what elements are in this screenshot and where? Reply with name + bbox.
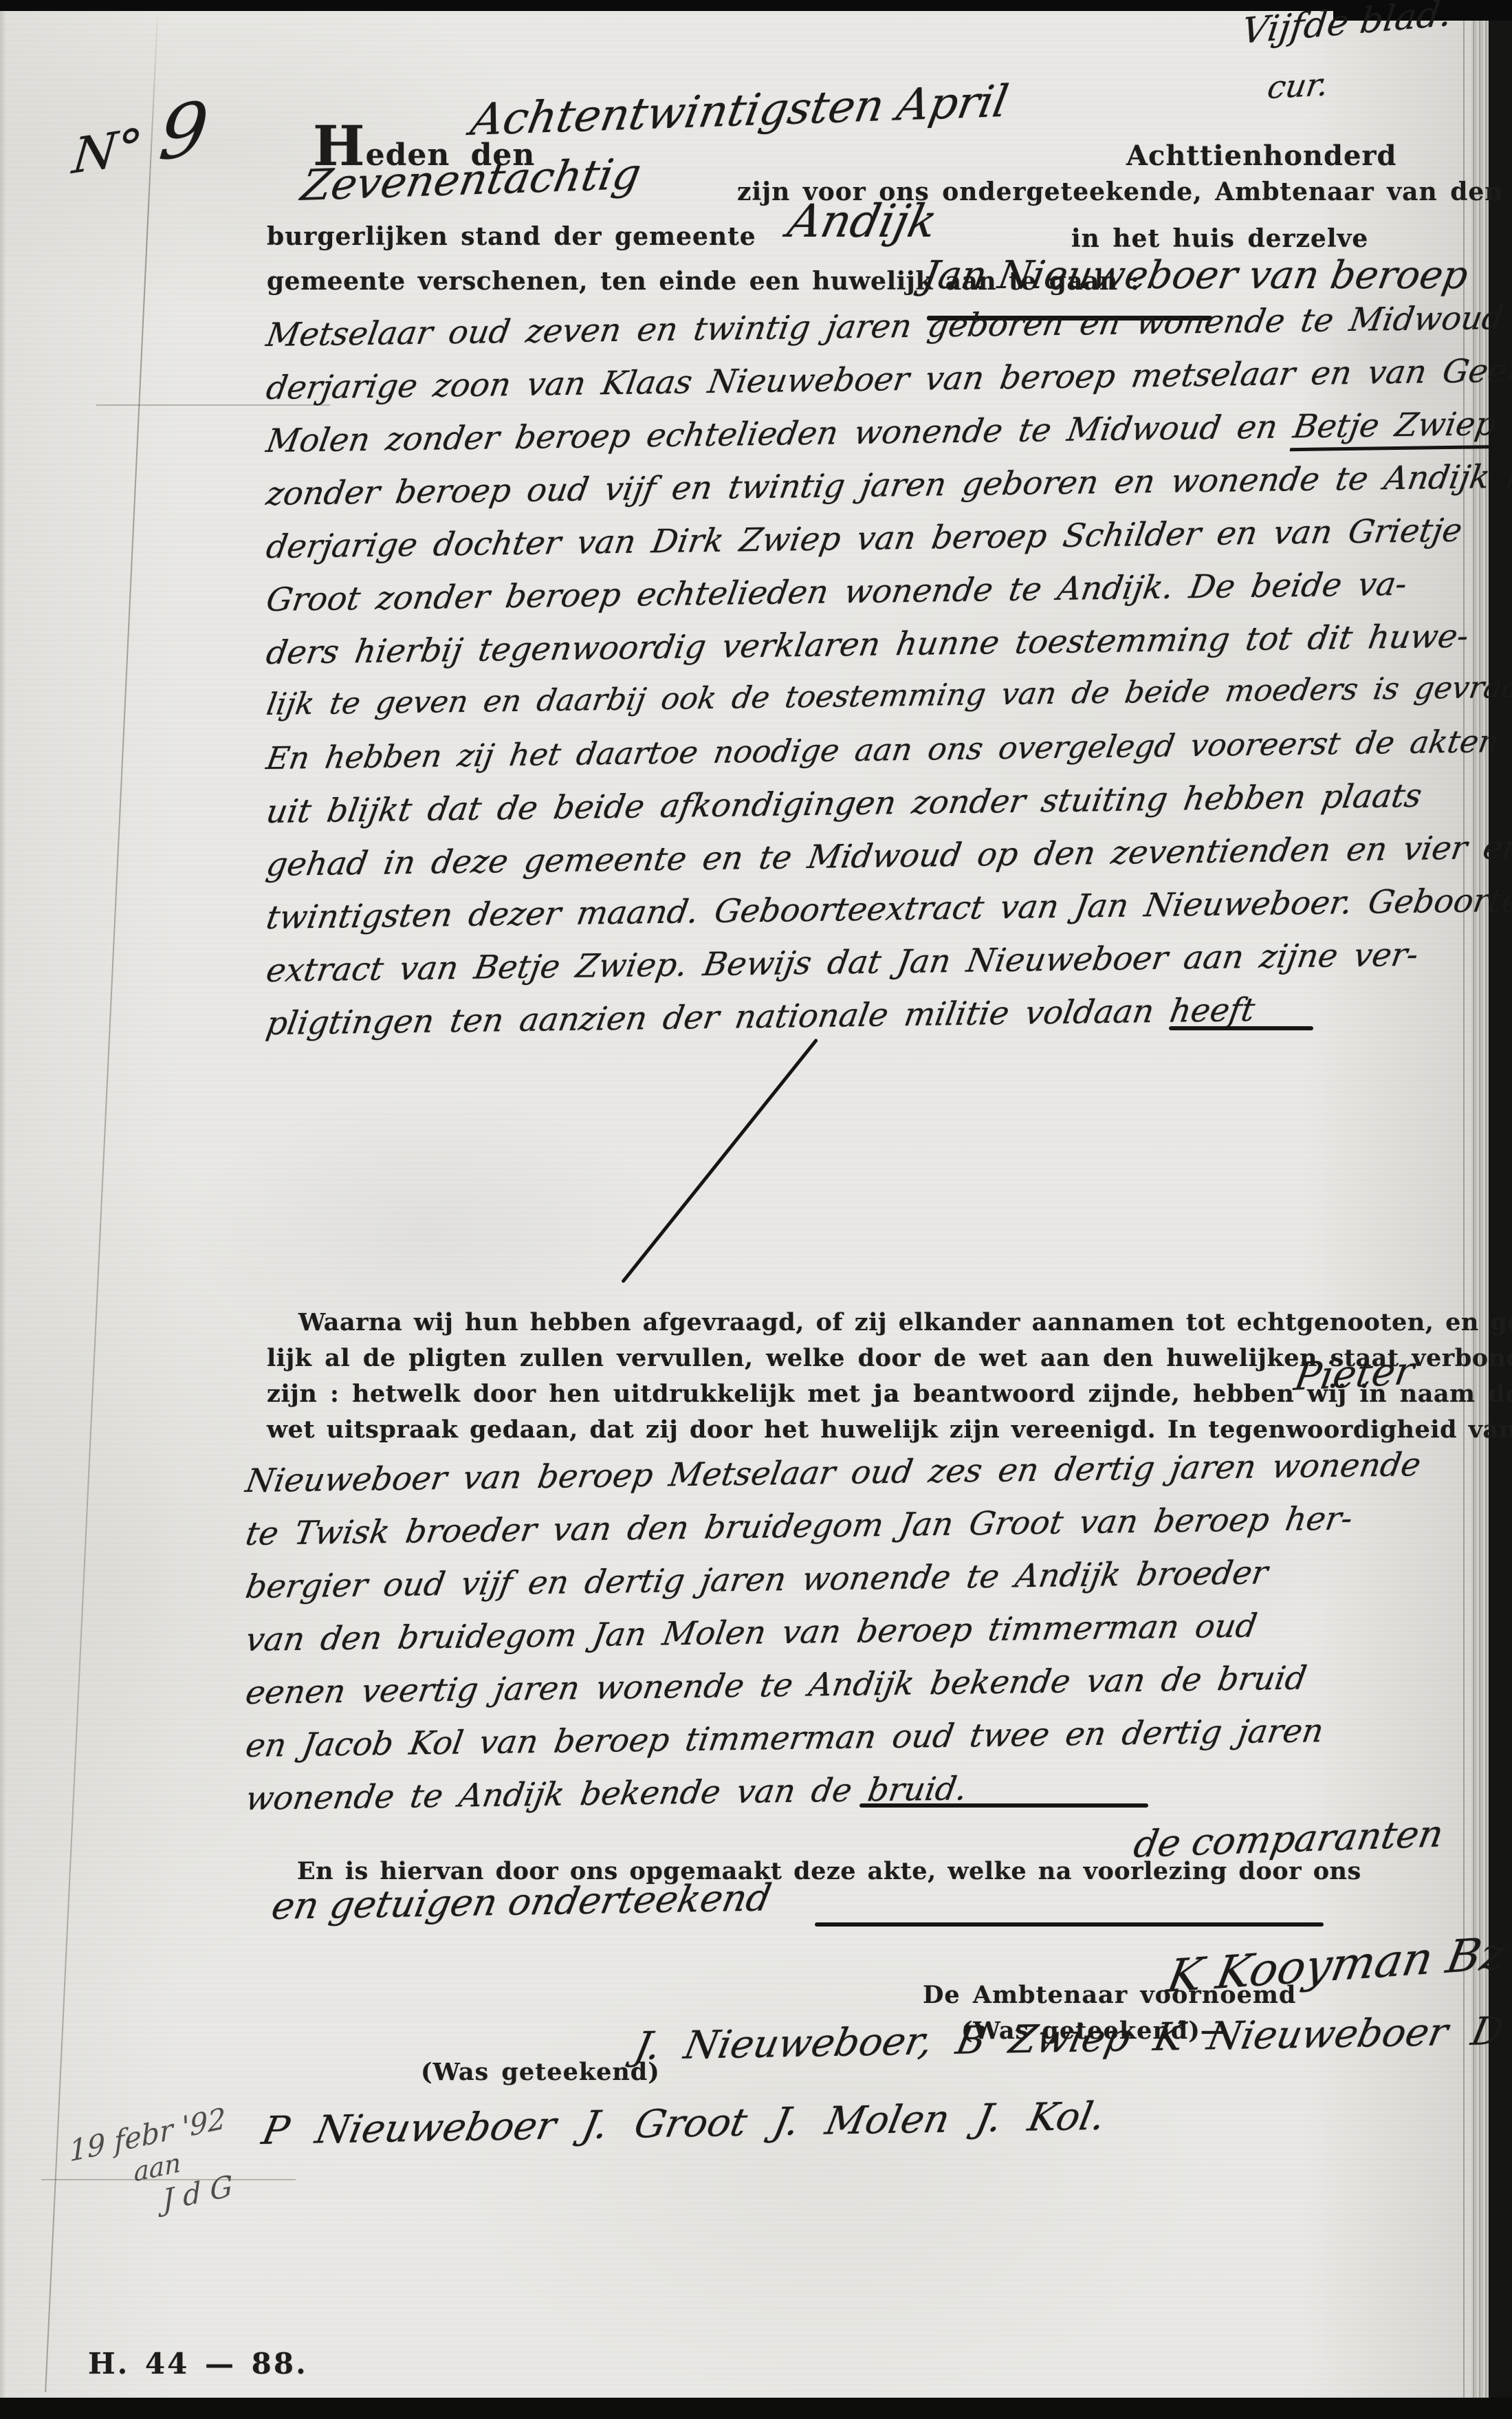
act-number-value: 9 <box>155 85 212 177</box>
hw-gemeente: Andijk <box>784 197 941 247</box>
groom-name: Jan Nieuweboer <box>919 253 1241 298</box>
sheet-annotation-2: cur. <box>1265 67 1331 105</box>
paragraph-line3-pre: zijn : hetwelk door hen uitdrukkelijk me… <box>267 1380 860 1408</box>
scan-left-edge <box>0 11 6 2398</box>
groom-suffix: van beroep <box>1245 253 1471 298</box>
scan-bottom-bar <box>0 2398 1512 2419</box>
hw-witness-first-name: Pieter <box>1291 1350 1417 1398</box>
closing-dash-body <box>1169 1026 1313 1030</box>
paragraph-line3-post: beantwoord zijnde, hebben wij in naam de… <box>913 1380 1512 1408</box>
printed-paragraph-line4: wet uitspraak gedaan, dat zij door het h… <box>267 1415 1512 1444</box>
closing-dash-final <box>815 1922 1324 1927</box>
printed-header-line3a: burgerlijken stand der gemeente <box>267 222 756 251</box>
printed-year: Achttienhonderd <box>1126 140 1396 172</box>
hw-groom-intro: Jan Nieuweboer van beroep <box>919 254 1471 297</box>
printed-header-line3b: in het huis derzelve <box>1071 224 1368 253</box>
ja-answer: ja <box>873 1380 900 1408</box>
printed-paragraph-line1: Waarna wij hun hebben afgevraagd, of zij… <box>298 1308 1512 1336</box>
closing-dash-witnesses <box>859 1803 1148 1808</box>
hw-getuigen-onderteekend: en getuigen onderteekend <box>268 1877 774 1927</box>
form-number: H. 44 — 88. <box>88 2347 308 2380</box>
printed-was-geteekend-left: (Was geteekend) <box>421 2058 660 2086</box>
bride-name: Betje Zwiep <box>1290 405 1499 451</box>
act-number-label: N° <box>70 117 145 184</box>
